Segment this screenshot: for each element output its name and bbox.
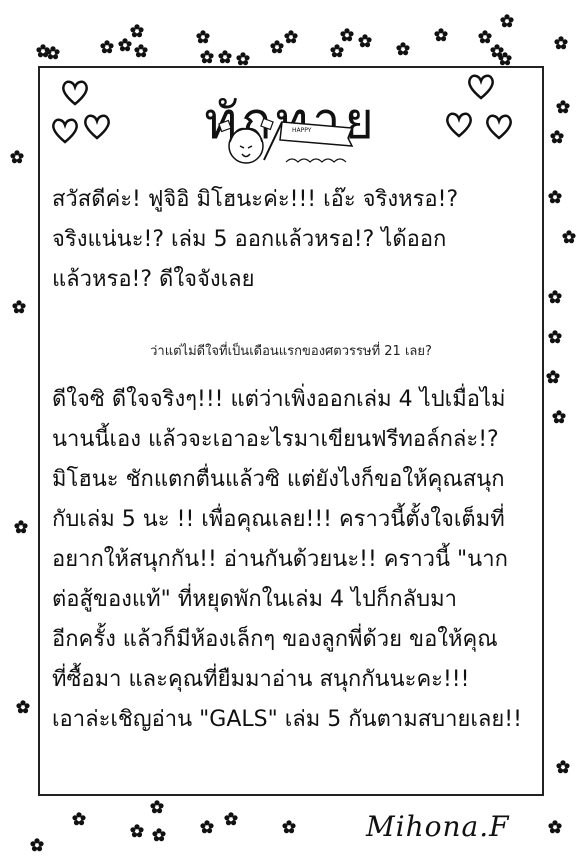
flower-icon xyxy=(358,34,372,48)
flower-icon xyxy=(196,30,210,44)
flower-icon xyxy=(10,150,24,164)
text-line: แล้วหรอ!? ดีใจจังเลย xyxy=(52,260,532,300)
text-line: จริงแน่นะ!? เล่ม 5 ออกแล้วหรอ!? ได้ออก xyxy=(52,220,532,260)
flower-icon xyxy=(550,130,564,144)
flower-icon xyxy=(30,838,44,852)
flower-icon xyxy=(152,828,166,842)
text-line: อยากให้สนุกกัน!! อ่านกันด้วยนะ!! คราวนี้… xyxy=(52,540,532,580)
text-line: กับเล่ม 5 นะ !! เพื่อคุณเลย!!! คราวนี้ตั… xyxy=(52,500,532,540)
flower-icon xyxy=(548,330,562,344)
flower-icon xyxy=(200,820,214,834)
flower-icon xyxy=(270,40,284,54)
mascot-illustration: HAPPY xyxy=(216,116,356,174)
banner-text: HAPPY xyxy=(292,127,312,134)
text-line: ดีใจซิ ดีใจจริงๆ!!! แต่ว่าเพิ่งออกเล่ม 4… xyxy=(52,380,532,420)
flower-icon xyxy=(134,44,148,58)
flower-icon xyxy=(284,30,298,44)
flower-icon xyxy=(340,28,354,42)
flower-icon xyxy=(150,800,164,814)
flower-icon xyxy=(16,700,30,714)
flower-icon xyxy=(12,300,26,314)
flower-icon xyxy=(434,28,448,42)
flower-icon xyxy=(498,52,512,66)
flower-icon xyxy=(72,812,86,826)
flower-icon xyxy=(556,760,570,774)
text-line: มิโฮนะ ชักแตกตื่นแล้วซิ แต่ยังไงก็ขอให้ค… xyxy=(52,460,532,500)
text-line: อีกครั้ง แล้วก็มีห้องเล็กๆ ของลูกพี่ด้วย… xyxy=(52,620,532,660)
flower-icon xyxy=(500,14,514,28)
flower-icon xyxy=(556,100,570,114)
author-signature: Mihona.F xyxy=(366,810,510,843)
page-frame: ทักทาย HAPPY สวัสดีค่ะ! ฟูจิอิ มิโฮนะค่ะ… xyxy=(38,66,544,796)
flower-icon xyxy=(330,44,344,58)
text-line: ที่ซื้อมา และคุณที่ยืมมาอ่าน สนุกกันนะคะ… xyxy=(52,660,532,700)
flower-icon xyxy=(130,824,144,838)
text-line: ต่อสู้ของแท้" ที่หยุดพักในเล่ม 4 ไปก็กลั… xyxy=(52,580,532,620)
flower-icon xyxy=(548,290,562,304)
text-line: สวัสดีค่ะ! ฟูจิอิ มิโฮนะค่ะ!!! เอ๊ะ จริง… xyxy=(52,180,532,220)
flower-icon xyxy=(218,50,232,64)
flower-icon xyxy=(200,50,214,64)
flower-icon xyxy=(282,820,296,834)
flower-icon xyxy=(562,230,576,244)
paragraph-1: สวัสดีค่ะ! ฟูจิอิ มิโฮนะค่ะ!!! เอ๊ะ จริง… xyxy=(52,180,532,300)
flower-icon xyxy=(46,46,60,60)
text-line: นานนี้เอง แล้วจะเอาอะไรมาเขียนฟรีทอล์กล่… xyxy=(52,420,532,460)
text-line: เอาล่ะเชิญอ่าน "GALS" เล่ม 5 กันตามสบายเ… xyxy=(52,700,532,740)
flower-icon xyxy=(130,24,144,38)
flower-icon xyxy=(554,36,568,50)
paragraph-2: ดีใจซิ ดีใจจริงๆ!!! แต่ว่าเพิ่งออกเล่ม 4… xyxy=(52,380,532,740)
flower-icon xyxy=(548,190,562,204)
flower-icon xyxy=(478,30,492,44)
aside-note: ว่าแต่ไม่ดีใจที่เป็นเดือนแรกของศตวรรษที่… xyxy=(40,340,542,361)
flower-icon xyxy=(236,52,250,66)
flower-icon xyxy=(14,520,28,534)
flower-icon xyxy=(118,38,132,52)
flower-icon xyxy=(548,820,562,834)
flower-icon xyxy=(224,812,238,826)
flower-icon xyxy=(396,42,410,56)
flower-icon xyxy=(546,370,560,384)
flower-icon xyxy=(100,40,114,54)
flower-icon xyxy=(552,410,566,424)
